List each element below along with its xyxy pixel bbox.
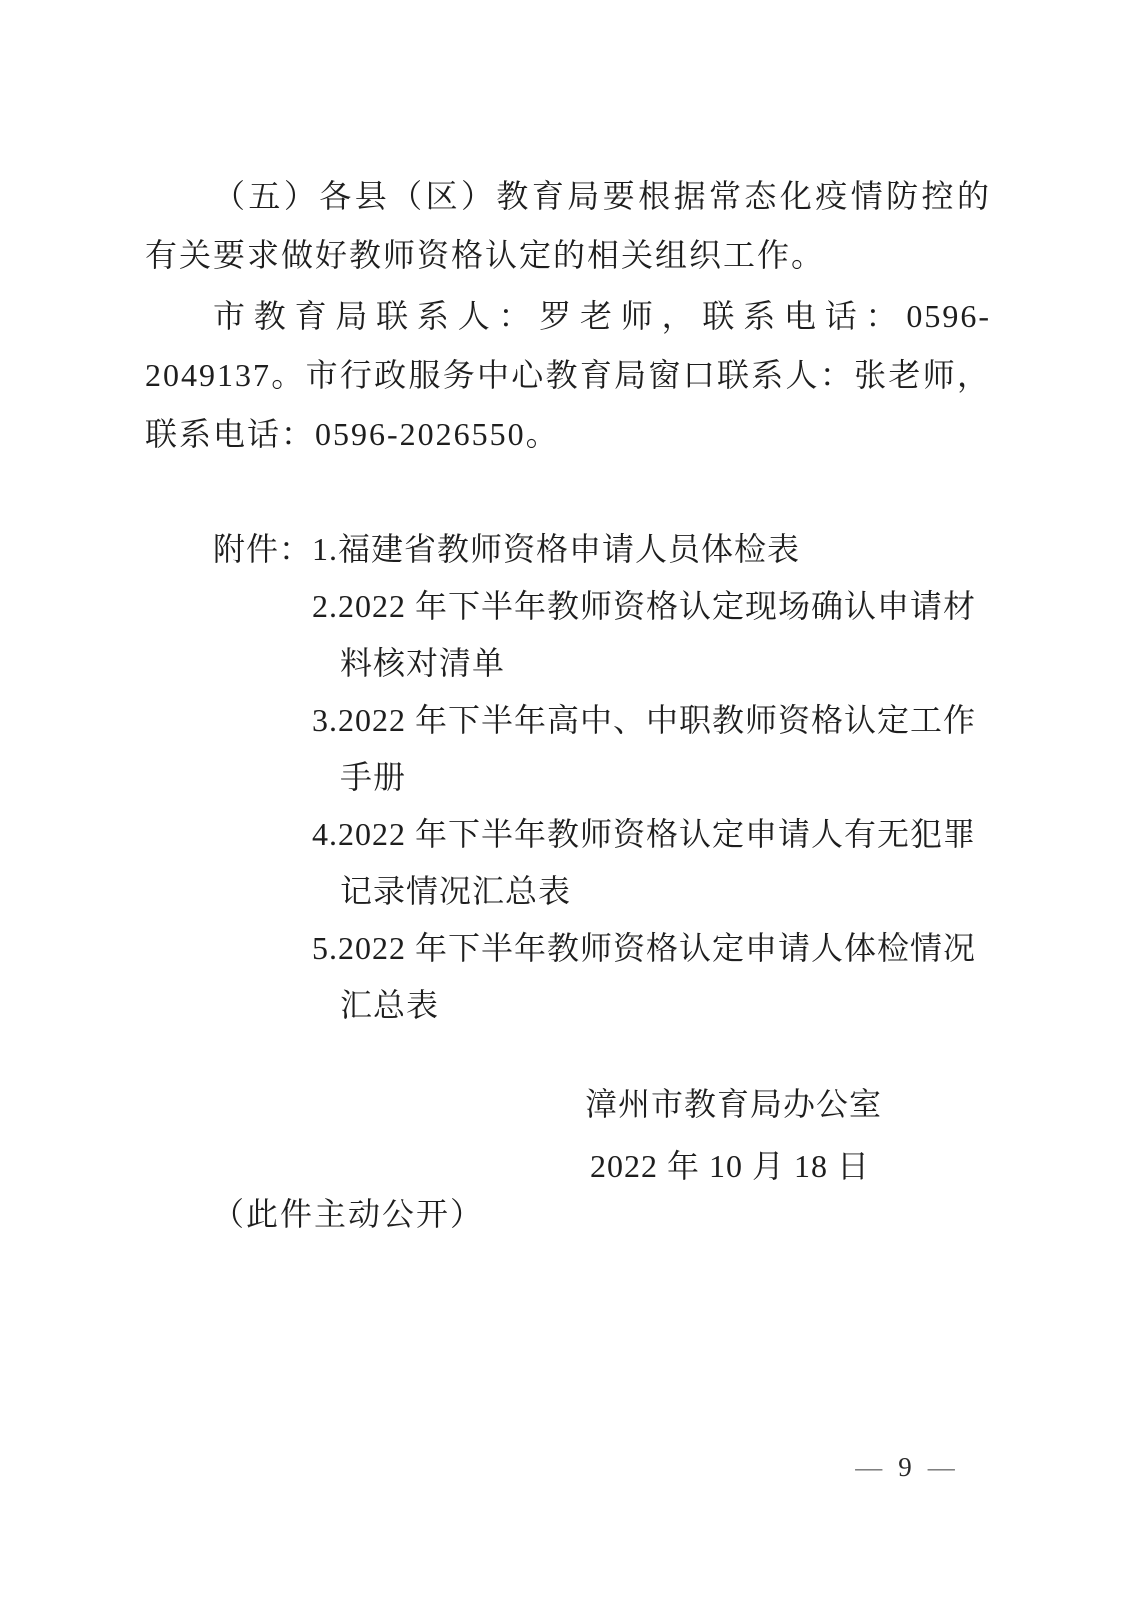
document-page: （五）各县（区）教育局要根据常态化疫情防控的有关要求做好教师资格认定的相关组织工… <box>0 0 1131 1600</box>
signature-office-name: 漳州市教育局办公室 <box>585 1073 875 1135</box>
page-number-value: 9 <box>898 1452 912 1482</box>
attachments-label: 附件： <box>213 521 312 1034</box>
paragraph-contact-info: 市教育局联系人：罗老师，联系电话：0596-2049137。市行政服务中心教育局… <box>145 287 991 464</box>
attachment-item-2: 2.2022 年下半年教师资格认定现场确认申请材料核对清单 <box>312 578 991 692</box>
signature-date: 2022 年 10 月 18 日 <box>585 1135 875 1197</box>
signature-block: 漳州市教育局办公室 2022 年 10 月 18 日 <box>585 1073 875 1197</box>
attachments-section: 附件： 1.福建省教师资格申请人员体检表 2.2022 年下半年教师资格认定现场… <box>213 521 991 1034</box>
attachment-item-1: 1.福建省教师资格申请人员体检表 <box>312 521 991 578</box>
attachment-item-4: 4.2022 年下半年教师资格认定申请人有无犯罪记录情况汇总表 <box>312 806 991 920</box>
attachments-list: 1.福建省教师资格申请人员体检表 2.2022 年下半年教师资格认定现场确认申请… <box>312 521 991 1034</box>
attachment-item-5: 5.2022 年下半年教师资格认定申请人体检情况汇总表 <box>312 920 991 1034</box>
page-number: —9— <box>835 1452 975 1483</box>
page-number-left-dash: — <box>855 1452 882 1482</box>
paragraph-item-five-covid-requirement: （五）各县（区）教育局要根据常态化疫情防控的有关要求做好教师资格认定的相关组织工… <box>145 167 991 285</box>
public-disclosure-note: （此件主动公开） <box>212 1186 484 1243</box>
attachment-item-3: 3.2022 年下半年高中、中职教师资格认定工作手册 <box>312 692 991 806</box>
page-number-right-dash: — <box>928 1452 955 1482</box>
